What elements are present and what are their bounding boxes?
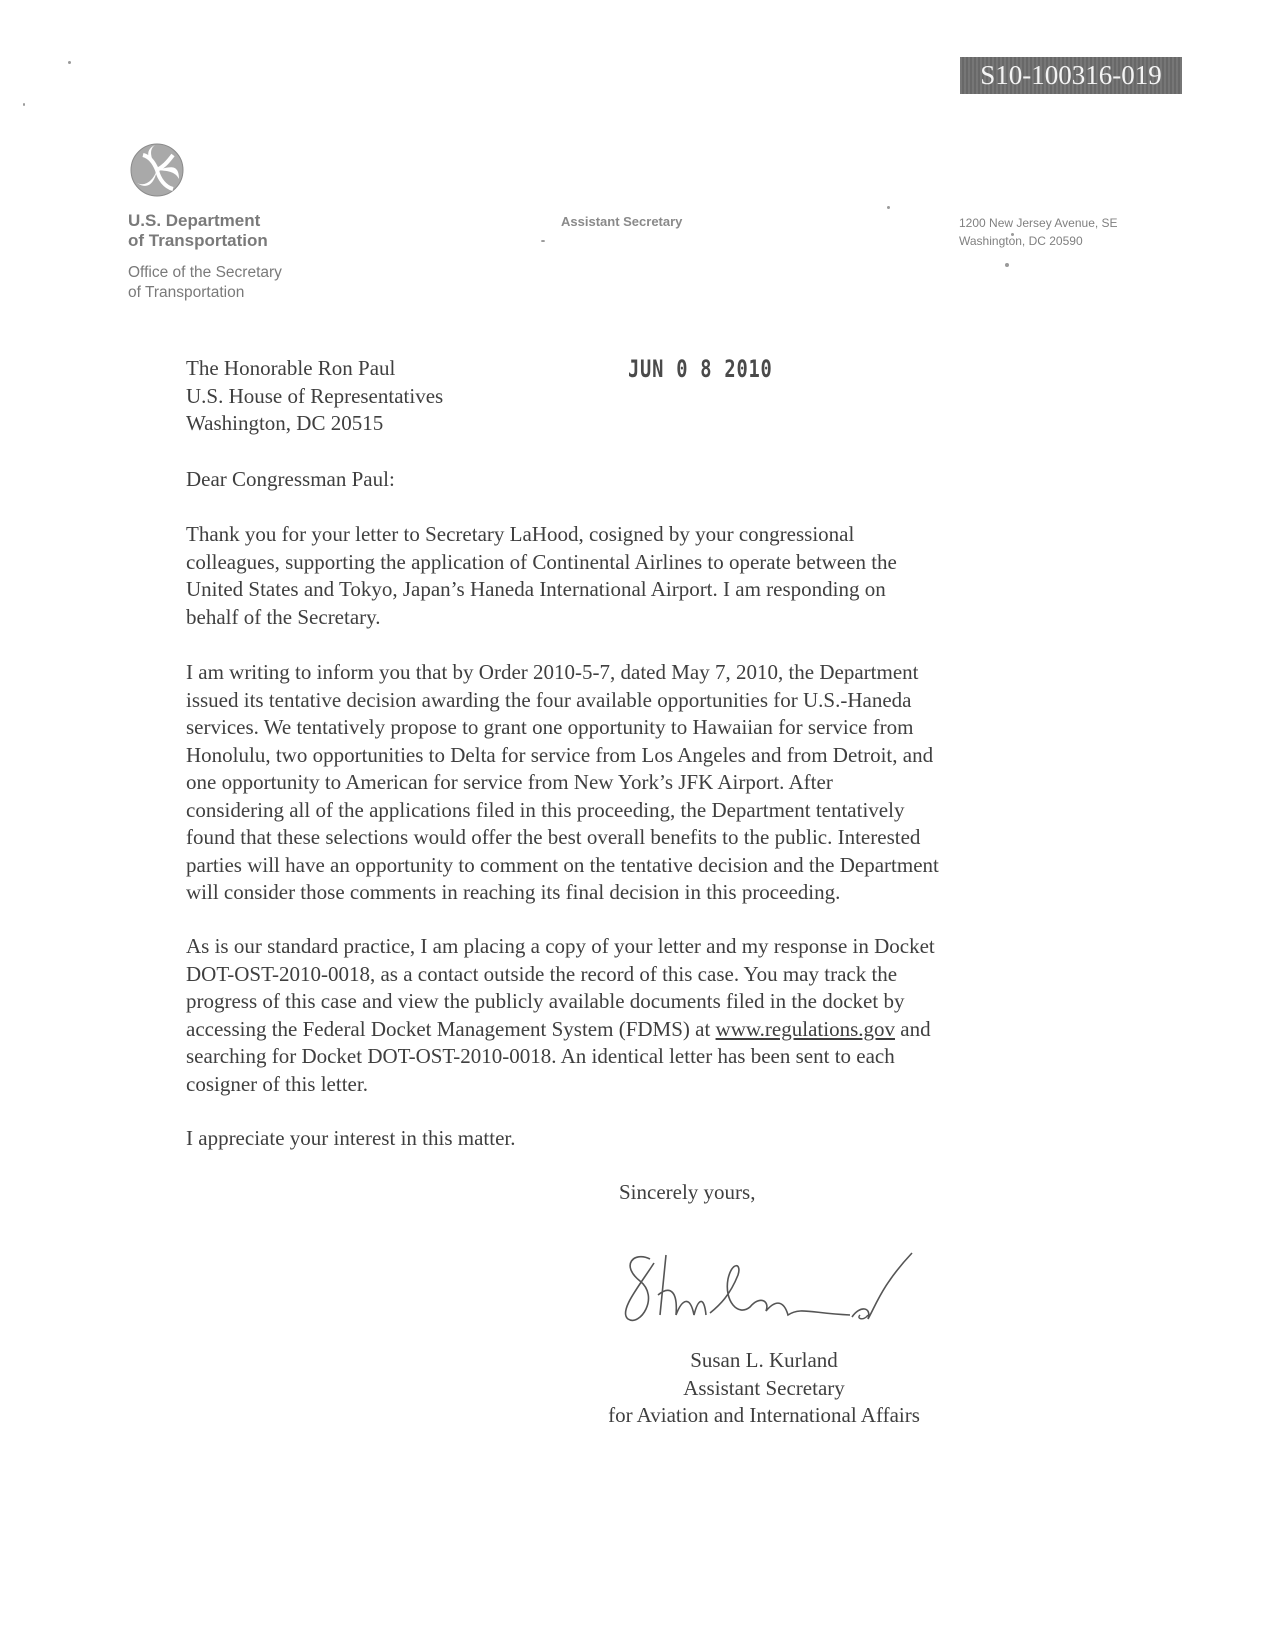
address-line-2: Washington, DC 20590 bbox=[959, 232, 1118, 250]
letterhead-address: 1200 New Jersey Avenue, SE Washington, D… bbox=[959, 214, 1118, 250]
department-name: U.S. Department of Transportation bbox=[128, 211, 268, 251]
handwritten-signature-icon bbox=[620, 1245, 950, 1335]
office-name: Office of the Secretary of Transportatio… bbox=[128, 263, 282, 303]
body-paragraph-3: As is our standard practice, I am placin… bbox=[186, 933, 1046, 1098]
scan-speck bbox=[23, 103, 25, 106]
closing: Sincerely yours, bbox=[619, 1180, 755, 1205]
salutation: Dear Congressman Paul: bbox=[186, 467, 395, 492]
body-paragraph-2: I am writing to inform you that by Order… bbox=[186, 659, 1046, 907]
scan-speck bbox=[1005, 263, 1009, 267]
body-paragraph-4: I appreciate your interest in this matte… bbox=[186, 1125, 1046, 1153]
scan-speck bbox=[887, 206, 890, 209]
scan-speck bbox=[541, 240, 545, 242]
body-paragraph-1: Thank you for your letter to Secretary L… bbox=[186, 521, 1046, 631]
recipient-line-1: The Honorable Ron Paul bbox=[186, 355, 443, 383]
office-line-2: of Transportation bbox=[128, 283, 282, 303]
scan-speck bbox=[1011, 233, 1014, 236]
scan-speck bbox=[68, 61, 71, 64]
signatory-title: Assistant Secretary bbox=[564, 1375, 964, 1403]
signatory-name: Susan L. Kurland bbox=[564, 1347, 964, 1375]
dot-triskelion-logo-icon bbox=[129, 141, 185, 199]
office-line-1: Office of the Secretary bbox=[128, 263, 282, 283]
department-line-1: U.S. Department bbox=[128, 211, 268, 231]
letterhead-title: Assistant Secretary bbox=[561, 214, 682, 229]
recipient-address: The Honorable Ron Paul U.S. House of Rep… bbox=[186, 355, 443, 438]
document-id-badge: S10-100316-019 bbox=[960, 57, 1182, 94]
department-line-2: of Transportation bbox=[128, 231, 268, 251]
recipient-line-3: Washington, DC 20515 bbox=[186, 410, 443, 438]
recipient-line-2: U.S. House of Representatives bbox=[186, 383, 443, 411]
signature-block: Susan L. Kurland Assistant Secretary for… bbox=[564, 1347, 964, 1430]
date-stamp: JUN 0 8 2010 bbox=[628, 355, 773, 383]
signatory-division: for Aviation and International Affairs bbox=[564, 1402, 964, 1430]
regulations-gov-link[interactable]: www.regulations.gov bbox=[716, 1017, 895, 1041]
address-line-1: 1200 New Jersey Avenue, SE bbox=[959, 214, 1118, 232]
